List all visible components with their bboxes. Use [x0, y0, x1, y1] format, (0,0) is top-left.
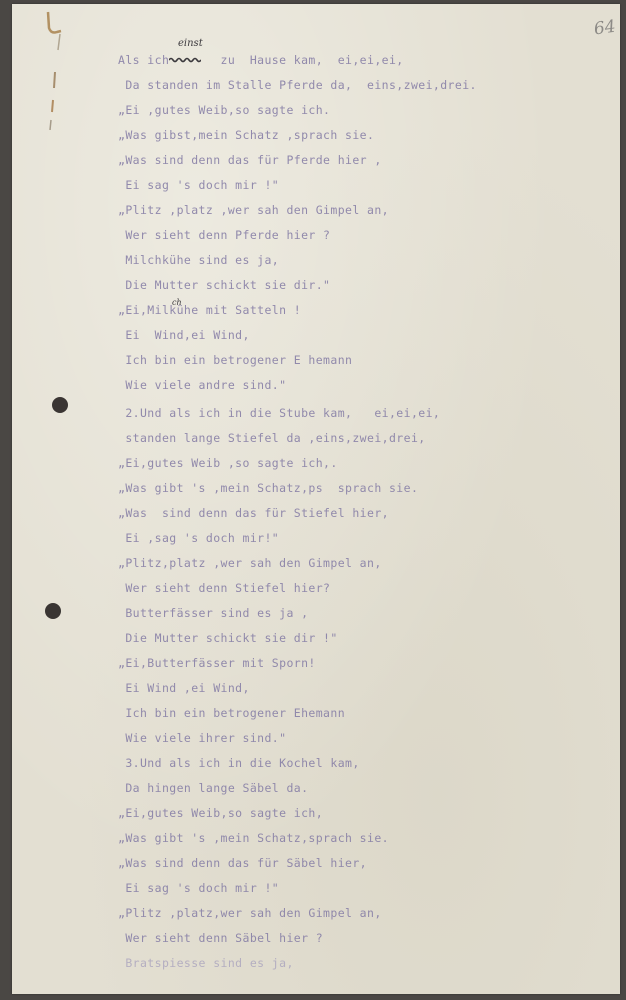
text-line: Ei Wind ,ei Wind, — [118, 676, 477, 701]
text-line: Bratspiesse sind es ja, — [118, 951, 477, 976]
punch-hole — [52, 397, 68, 413]
text-line: Wer sieht denn Säbel hier ? — [118, 926, 477, 951]
text-line: Butterfässer sind es ja , — [118, 601, 477, 626]
text-line: Wer sieht denn Stiefel hier? — [118, 576, 477, 601]
text-line: „Plitz ,platz ,wer sah den Gimpel an, — [118, 198, 477, 223]
text-line: Die Mutter schickt sie dir !" — [118, 626, 477, 651]
text-line: Ei sag 's doch mir !" — [118, 876, 477, 901]
text-line: „Was sind denn das für Stiefel hier, — [118, 501, 477, 526]
text-line: „Ei,Milkühe mit Satteln ! — [118, 298, 477, 323]
text-line: Da standen im Stalle Pferde da, eins,zwe… — [118, 73, 477, 98]
text-line: Wer sieht denn Pferde hier ? — [118, 223, 477, 248]
page-number: 64 — [593, 17, 617, 40]
text-line: Wie viele andre sind." — [118, 373, 477, 401]
text-line: „Ei ,gutes Weib,so sagte ich. — [118, 98, 477, 123]
text-line: Ei Wind,ei Wind, — [118, 323, 477, 348]
text-line: Wie viele ihrer sind." — [118, 726, 477, 751]
text-line: „Was gibt 's ,mein Schatz,ps sprach sie. — [118, 476, 477, 501]
text-line: Ei ,sag 's doch mir!" — [118, 526, 477, 551]
text-line: „Plitz,platz ,wer sah den Gimpel an, — [118, 551, 477, 576]
text-line: Die Mutter schickt sie dir." — [118, 273, 477, 298]
typescript-text: Als ich zu Hause kam, ei,ei,ei, Da stand… — [118, 48, 477, 976]
text-line: Ich bin ein betrogener Ehemann — [118, 701, 477, 726]
text-line: Da hingen lange Säbel da. — [118, 776, 477, 801]
rust-stain-marks — [45, 10, 63, 130]
text-line: „Was sind denn das für Pferde hier , — [118, 148, 477, 173]
text-line: standen lange Stiefel da ,eins,zwei,drei… — [118, 426, 477, 451]
text-line: „Ei,Butterfässer mit Sporn! — [118, 651, 477, 676]
verse-heading-line: 3.Und als ich in die Kochel kam, — [118, 751, 477, 776]
text-line: „Ei,gutes Weib ,so sagte ich,. — [118, 451, 477, 476]
verse-heading-line: 2.Und als ich in die Stube kam, ei,ei,ei… — [118, 401, 477, 426]
punch-hole — [45, 603, 61, 619]
text-line: „Was gibt 's ,mein Schatz,sprach sie. — [118, 826, 477, 851]
text-line: Als ich zu Hause kam, ei,ei,ei, — [118, 48, 477, 73]
text-line: Ei sag 's doch mir !" — [118, 173, 477, 198]
text-line: „Was sind denn das für Säbel hier, — [118, 851, 477, 876]
text-line: „Ei,gutes Weib,so sagte ich, — [118, 801, 477, 826]
text-line: Ich bin ein betrogener E hemann — [118, 348, 477, 373]
text-line: Milchkühe sind es ja, — [118, 248, 477, 273]
text-line: „Was gibst,mein Schatz ,sprach sie. — [118, 123, 477, 148]
text-line: „Plitz ,platz,wer sah den Gimpel an, — [118, 901, 477, 926]
